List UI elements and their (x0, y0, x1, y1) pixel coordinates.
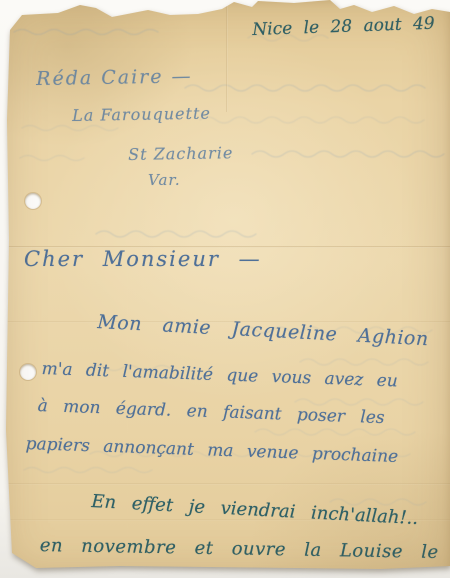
sender-villa: La Farouquette (72, 104, 211, 125)
scanned-letter: Nice le 28 aout 49 Réda Caire — La Farou… (0, 0, 450, 578)
sender-town: St Zacharie (128, 143, 233, 164)
paper-shadow: Nice le 28 aout 49 Réda Caire — La Farou… (0, 0, 450, 578)
punch-hole (25, 193, 41, 209)
letter-paper: Nice le 28 aout 49 Réda Caire — La Farou… (0, 0, 450, 578)
punch-hole (20, 364, 36, 380)
sender-name: Réda Caire — (36, 65, 193, 90)
sender-region: Var. (148, 171, 181, 189)
salutation: Cher Monsieur — (24, 247, 262, 271)
